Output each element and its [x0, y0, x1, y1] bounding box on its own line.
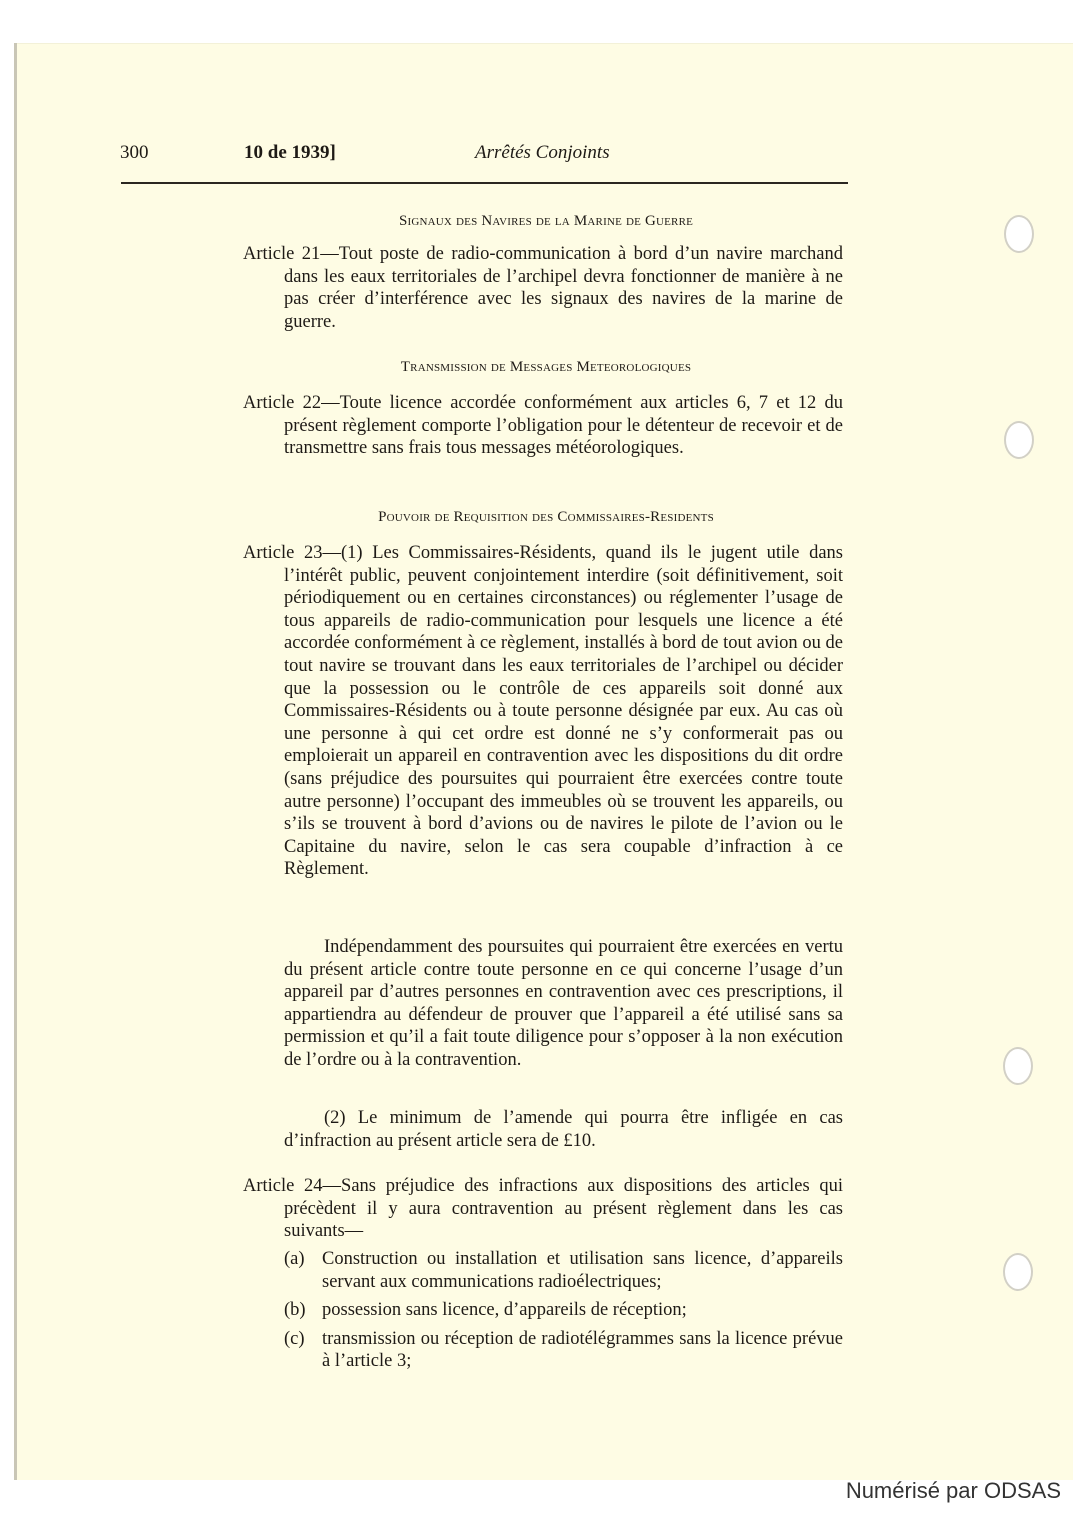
- article-23-para-1: Article 23—(1) Les Commissaires-Résident…: [243, 542, 843, 881]
- article-23-para-3: (2) Le minimum de l’amende qui pourra êt…: [284, 1107, 843, 1152]
- item-label: (b): [284, 1299, 322, 1322]
- punch-hole-icon: [1004, 215, 1034, 253]
- date-reference: 10 de 1939]: [244, 142, 336, 164]
- header-rule: [121, 182, 848, 184]
- article-21: Article 21—Tout poste de radio-communica…: [243, 243, 843, 333]
- section-heading-22: Transmission de Messages Meteorologiques: [244, 359, 848, 376]
- article-23-para-2: Indépendamment des poursuites qui pourra…: [284, 936, 843, 1072]
- running-title: Arrêtés Conjoints: [475, 142, 610, 164]
- item-text: transmission ou réception de radiotélégr…: [322, 1328, 843, 1373]
- article-24: Article 24—Sans préjudice des infraction…: [243, 1175, 843, 1243]
- article-22: Article 22—Toute licence accordée confor…: [243, 392, 843, 460]
- list-item: (a) Construction ou installation et util…: [284, 1248, 843, 1293]
- punch-hole-icon: [1004, 421, 1034, 459]
- list-item: (c) transmission ou réception de radioté…: [284, 1328, 843, 1373]
- item-label: (a): [284, 1248, 322, 1293]
- article-24-list: (a) Construction ou installation et util…: [284, 1248, 843, 1379]
- item-text: possession sans licence, d’appareils de …: [322, 1299, 843, 1322]
- digitization-credit: Numérisé par ODSAS: [846, 1478, 1061, 1504]
- item-label: (c): [284, 1328, 322, 1373]
- item-text: Construction ou installation et utilisat…: [322, 1248, 843, 1293]
- punch-hole-icon: [1003, 1047, 1033, 1085]
- page-number: 300: [120, 142, 149, 164]
- section-heading-21: Signaux des Navires de la Marine de Guer…: [244, 213, 848, 230]
- punch-hole-icon: [1003, 1253, 1033, 1291]
- list-item: (b) possession sans licence, d’appareils…: [284, 1299, 843, 1322]
- section-heading-23: Pouvoir de Requisition des Commissaires-…: [244, 509, 848, 526]
